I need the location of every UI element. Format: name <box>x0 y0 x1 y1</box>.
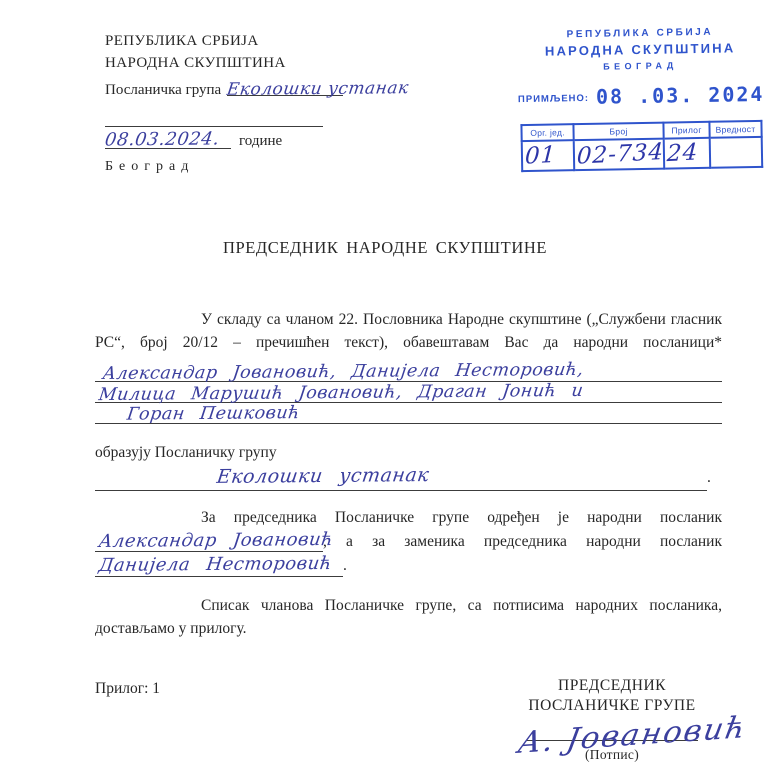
names-line-1: Александар Јовановић, Данијела Несторови… <box>95 361 722 382</box>
stamp-table-value-row: 01 02-734 24 <box>522 137 762 171</box>
stamp-number-handwritten: 02-734 <box>576 139 665 170</box>
document-page: РЕПУБЛИКА СРБИЈА НАРОДНА СКУПШТИНА Посла… <box>0 0 770 768</box>
form-group-underline: Еколошки устанак <box>95 465 707 491</box>
stamp-cell-org: 01 <box>522 140 575 171</box>
signature-title-line-2: ПОСЛАНИЧКЕ ГРУПЕ <box>497 696 727 716</box>
signature-block: ПРЕДСЕДНИК ПОСЛАНИЧКЕ ГРУПЕ А. Јовановић… <box>497 676 727 765</box>
stamp-received-label: ПРИМЉЕНО: <box>518 93 589 105</box>
date-suffix: године <box>239 133 282 149</box>
stamp-col-number: Број <box>573 123 663 141</box>
group-name-handwritten: Еколошки устанак <box>226 77 411 101</box>
stamp-attachment-handwritten: 24 <box>666 139 699 167</box>
paragraph-president: За председника Посланичке групе одређен … <box>95 506 722 577</box>
paragraph-attachment-note: Списак чланова Посланичке групе, са потп… <box>95 594 722 640</box>
group-name-label: Посланичка група <box>105 82 221 98</box>
stamp-institution: НАРОДНА СКУПШТИНА <box>513 40 767 59</box>
stamp-cell-value <box>710 137 763 168</box>
signature-underline: А. Јовановић <box>526 740 698 741</box>
form-group-label: образују Посланичку групу <box>95 441 722 464</box>
date-row: 08.03.2024.године <box>105 129 343 152</box>
letterhead-country: РЕПУБЛИКА СРБИЈА <box>105 30 343 52</box>
paragraph-president-line-2: Александар Јовановић, а за заменика пред… <box>95 529 722 553</box>
stamp-org-handwritten: 01 <box>524 142 557 170</box>
date-underline: 08.03.2024. <box>105 129 231 149</box>
stamp-city: БЕОГРАД <box>513 59 767 73</box>
president-name-underline: Александар Јовановић <box>95 529 323 552</box>
names-line-3-handwritten: Горан Пешковић <box>93 402 301 427</box>
document-title: ПРЕДСЕДНИК НАРОДНЕ СКУПШТИНЕ <box>0 238 770 258</box>
stamp-cell-number: 02-734 <box>574 139 665 171</box>
paragraph-president-period: . <box>343 557 347 574</box>
stamp-col-value: Вредност <box>709 121 761 138</box>
stamp-cell-attachment: 24 <box>664 138 711 169</box>
paragraph-intro: У складу са чланом 22. Пословника Народн… <box>95 308 722 354</box>
group-name-underline: Еколошки устанак <box>227 78 343 96</box>
form-group-row: Еколошки устанак. <box>95 465 722 491</box>
form-group-period: . <box>707 469 711 486</box>
form-group-handwritten: Еколошки устанак <box>215 464 430 489</box>
stamp-registry-table: Орг. јед. Број Прилог Вредност 01 02-734… <box>520 120 763 172</box>
date-handwritten: 08.03.2024. <box>103 129 220 152</box>
letterhead-institution: НАРОДНА СКУПШТИНА <box>105 52 343 74</box>
signature-title-line-1: ПРЕДСЕДНИК <box>497 676 727 696</box>
paragraph-president-continuation: , а за заменика председника народни посл… <box>323 533 722 550</box>
president-name-handwritten: Александар Јовановић <box>93 528 334 553</box>
stamp-received-date: 08 .03. 2024 <box>596 82 765 109</box>
paragraph-president-line-3: Данијела Несторовић. <box>95 553 722 577</box>
names-line-3: Горан Пешковић <box>95 403 722 424</box>
stamp-col-org: Орг. јед. <box>521 124 573 141</box>
document-body: У складу са чланом 22. Пословника Народн… <box>95 308 722 700</box>
stamp-received-row: ПРИМЉЕНО:08 .03. 2024 <box>514 82 768 110</box>
names-line-2: Милица Марушић Јовановић, Драган Јонић и <box>95 382 722 403</box>
deputy-name-handwritten: Данијела Несторовић <box>93 552 333 577</box>
letterhead-city: Београд <box>105 156 343 178</box>
letterhead: РЕПУБЛИКА СРБИЈА НАРОДНА СКУПШТИНА Посла… <box>105 30 343 178</box>
reception-stamp: РЕПУБЛИКА СРБИЈА НАРОДНА СКУПШТИНА БЕОГР… <box>513 26 769 172</box>
deputy-name-underline: Данијела Несторовић <box>95 553 343 577</box>
stamp-col-attachment: Прилог <box>663 122 709 139</box>
paragraph-president-line-1: За председника Посланичке групе одређен … <box>95 506 722 529</box>
stamp-country: РЕПУБЛИКА СРБИЈА <box>513 26 767 41</box>
members-names-lines: Александар Јовановић, Данијела Несторови… <box>95 361 722 424</box>
group-name-row: Посланичка групаЕколошки устанак <box>105 78 343 101</box>
blank-underline <box>105 113 323 127</box>
